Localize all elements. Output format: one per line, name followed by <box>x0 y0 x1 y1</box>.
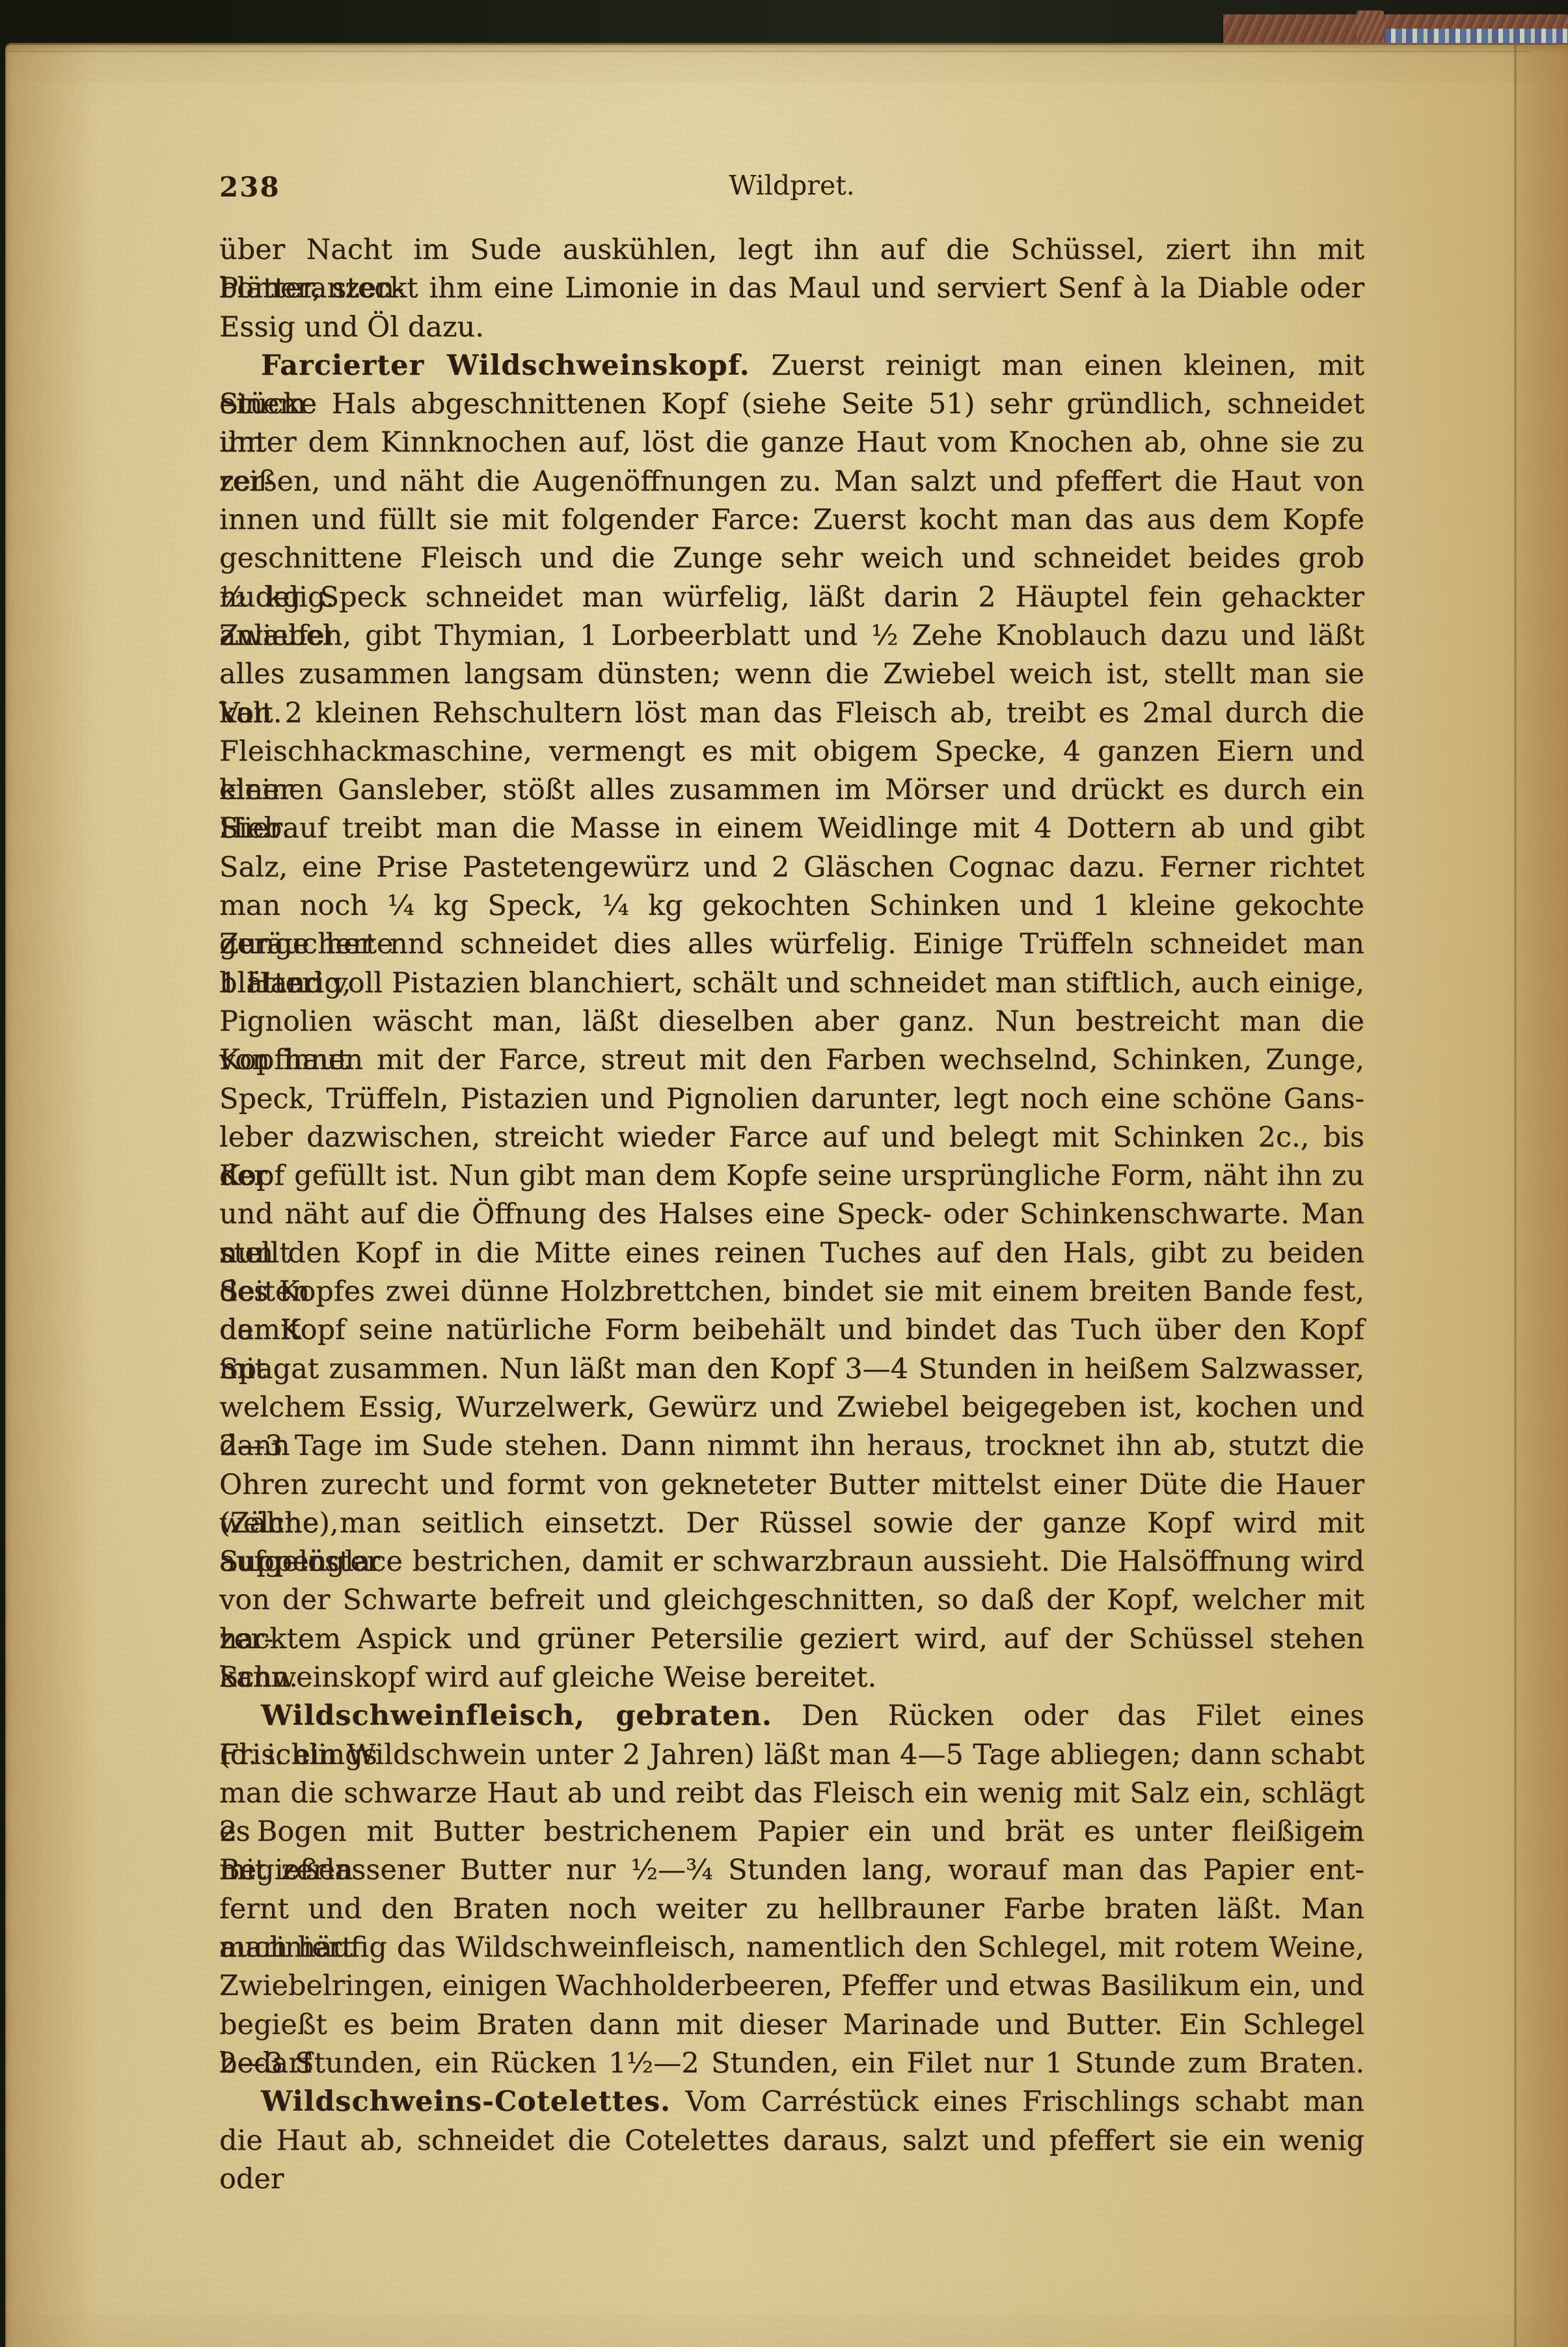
text-line: nun den Kopf in die Mitte eines reinen T… <box>219 1234 1364 1273</box>
book-photo: 238 Wildpret. über Nacht im Sude auskühl… <box>0 0 1568 2347</box>
line-text: Hierauf treibt man die Masse in einem We… <box>219 812 1364 845</box>
recipe-heading: Farcierter Wildschweinskopf. <box>261 349 750 382</box>
text-line: begießt es beim Braten dann mit dieser M… <box>219 2006 1364 2044</box>
line-text: mit zerlassener Butter nur ½—¾ Stunden l… <box>219 1854 1364 1886</box>
line-text: Zwiebelringen, einigen Wachholderbeeren,… <box>219 1970 1364 2002</box>
page-header-row: 238 Wildpret. <box>219 166 1364 205</box>
line-text: 2—3 Tage im Sude stehen. Dann nimmt ihn … <box>219 1430 1364 1462</box>
text-line: hacktem Aspick und grüner Petersilie gez… <box>219 1620 1364 1659</box>
text-line: man die schwarze Haut ab und reibt das F… <box>219 1774 1364 1813</box>
text-line: Zunge her nnd schneidet dies alles würfe… <box>219 925 1364 964</box>
text-line: Schweinskopf wird auf gleiche Weise bere… <box>219 1659 1364 1697</box>
book-page: 238 Wildpret. über Nacht im Sude auskühl… <box>5 43 1568 2347</box>
text-line: Suppenglace bestrichen, damit er schwarz… <box>219 1543 1364 1581</box>
text-line: welche man seitlich einsetzt. Der Rüssel… <box>219 1504 1364 1543</box>
text-line: auch häufig das Wildschweinfleisch, name… <box>219 1929 1364 1967</box>
line-text: Kopf gefüllt ist. Nun gibt man dem Kopfe… <box>219 1160 1364 1192</box>
text-line: Salz, eine Prise Pastetengewürz und 2 Gl… <box>219 848 1364 887</box>
page-edge-shading <box>1517 45 1568 2347</box>
text-line: geschnittene Fleisch und die Zunge sehr … <box>219 539 1364 578</box>
line-text: Salz, eine Prise Pastetengewürz und 2 Gl… <box>219 851 1364 884</box>
text-line: innen und füllt sie mit folgender Farce:… <box>219 501 1364 539</box>
text-line: fernt und den Braten noch weiter zu hell… <box>219 1890 1364 1929</box>
text-line: Wildschweins-Cotelettes. Vom Carréstück … <box>219 2083 1364 2121</box>
text-line: unter dem Kinnknochen auf, löst die ganz… <box>219 424 1364 462</box>
line-text: reißen, und näht die Augenöffnungen zu. … <box>219 465 1364 498</box>
text-line: welchem Essig, Wurzelwerk, Gewürz und Zw… <box>219 1389 1364 1427</box>
recipe-heading: Wildschweins-Cotelettes. <box>261 2085 671 2118</box>
line-text: Suppenglace bestrichen, damit er schwarz… <box>219 1545 1364 1578</box>
text-line: alles zusammen langsam dünsten; wenn die… <box>219 655 1364 694</box>
line-text: anlaufen, gibt Thymian, 1 Lorbeerblatt u… <box>219 619 1364 652</box>
running-header: Wildpret. <box>219 170 1364 201</box>
text-line: Essig und Öl dazu. <box>219 308 1364 347</box>
line-text: 2—3 Stunden, ein Rücken 1½—2 Stunden, ei… <box>219 2047 1364 2080</box>
text-line: leber dazwischen, streicht wieder Farce … <box>219 1119 1364 1157</box>
text-line: ½ kg Speck schneidet man würfelig, läßt … <box>219 578 1364 617</box>
text-line: Pignolien wäscht man, läßt dieselben abe… <box>219 1003 1364 1041</box>
text-line: über Nacht im Sude auskühlen, legt ihn a… <box>219 231 1364 269</box>
text-line: Ohren zurecht und formt von gekneteter B… <box>219 1466 1364 1504</box>
text-line: Hierauf treibt man die Masse in einem We… <box>219 809 1364 848</box>
line-text: auch häufig das Wildschweinfleisch, name… <box>219 1931 1364 1964</box>
text-line: des Kopfes zwei dünne Holzbrettchen, bin… <box>219 1273 1364 1311</box>
book-cover-tab <box>1357 10 1384 46</box>
line-text: (d. i. ein Wildschwein unter 2 Jahren) l… <box>219 1739 1364 1771</box>
text-line: von der Schwarte befreit und gleichgesch… <box>219 1581 1364 1620</box>
text-line: Zwiebelringen, einigen Wachholderbeeren,… <box>219 1967 1364 2005</box>
text-line: reißen, und näht die Augenöffnungen zu. … <box>219 463 1364 501</box>
text-line: 1 Hand voll Pistazien blanchiert, schält… <box>219 964 1364 1003</box>
line-text: Essig und Öl dazu. <box>219 311 484 344</box>
text-line: mit zerlassener Butter nur ½—¾ Stunden l… <box>219 1851 1364 1890</box>
text-line: und näht auf die Öffnung des Halses eine… <box>219 1195 1364 1234</box>
line-text: Speck, Trüffeln, Pistazien und Pignolien… <box>219 1083 1364 1115</box>
line-text: innen und füllt sie mit folgender Farce:… <box>219 504 1364 536</box>
text-line: blätter, steckt ihm eine Limonie in das … <box>219 269 1364 308</box>
line-text: von innen mit der Farce, streut mit den … <box>219 1044 1364 1076</box>
text-line: 2—3 Tage im Sude stehen. Dann nimmt ihn … <box>219 1427 1364 1465</box>
page-fold-crease <box>1514 45 1517 2347</box>
line-text: Spagat zusammen. Nun läßt man den Kopf 3… <box>219 1353 1364 1385</box>
line-text: Von 2 kleinen Rehschultern löst man das … <box>219 697 1364 729</box>
text-line: die Haut ab, schneidet die Cotelettes da… <box>219 2122 1364 2160</box>
line-text: blätter, steckt ihm eine Limonie in das … <box>219 272 1364 305</box>
text-line: von innen mit der Farce, streut mit den … <box>219 1041 1364 1079</box>
text-line: (d. i. ein Wildschwein unter 2 Jahren) l… <box>219 1736 1364 1774</box>
text-line: Kopf gefüllt ist. Nun gibt man dem Kopfe… <box>219 1157 1364 1195</box>
line-text: Vom Carréstück eines Frischlings schabt … <box>671 2085 1364 2118</box>
text-line: Wildschweinfleisch, gebraten. Den Rücken… <box>219 1697 1364 1735</box>
text-line: 2—3 Stunden, ein Rücken 1½—2 Stunden, ei… <box>219 2044 1364 2083</box>
text-line: Farcierter Wildschweinskopf. Zuerst rein… <box>219 347 1364 385</box>
text-line: Von 2 kleinen Rehschultern löst man das … <box>219 694 1364 733</box>
line-text: Schweinskopf wird auf gleiche Weise bere… <box>219 1661 876 1694</box>
text-line: Stücke Hals abgeschnittenen Kopf (siehe … <box>219 385 1364 424</box>
text-line: anlaufen, gibt Thymian, 1 Lorbeerblatt u… <box>219 617 1364 655</box>
text-line: kleinen Gansleber, stößt alles zusammen … <box>219 771 1364 809</box>
page-text-block: über Nacht im Sude auskühlen, legt ihn a… <box>219 231 1364 2160</box>
text-line: Fleischhackmaschine, vermengt es mit obi… <box>219 733 1364 771</box>
text-line: man noch ¼ kg Speck, ¼ kg gekochten Schi… <box>219 887 1364 925</box>
text-line: Spagat zusammen. Nun läßt man den Kopf 3… <box>219 1350 1364 1389</box>
recipe-heading: Wildschweinfleisch, gebraten. <box>261 1700 772 1732</box>
line-text: die Haut ab, schneidet die Cotelettes da… <box>219 2124 1364 2195</box>
text-line: Speck, Trüffeln, Pistazien und Pignolien… <box>219 1080 1364 1119</box>
text-line: 2 Bogen mit Butter bestrichenem Papier e… <box>219 1813 1364 1851</box>
line-text: 1 Hand voll Pistazien blanchiert, schält… <box>219 967 1364 999</box>
text-line: der Kopf seine natürliche Form beibehält… <box>219 1311 1364 1350</box>
